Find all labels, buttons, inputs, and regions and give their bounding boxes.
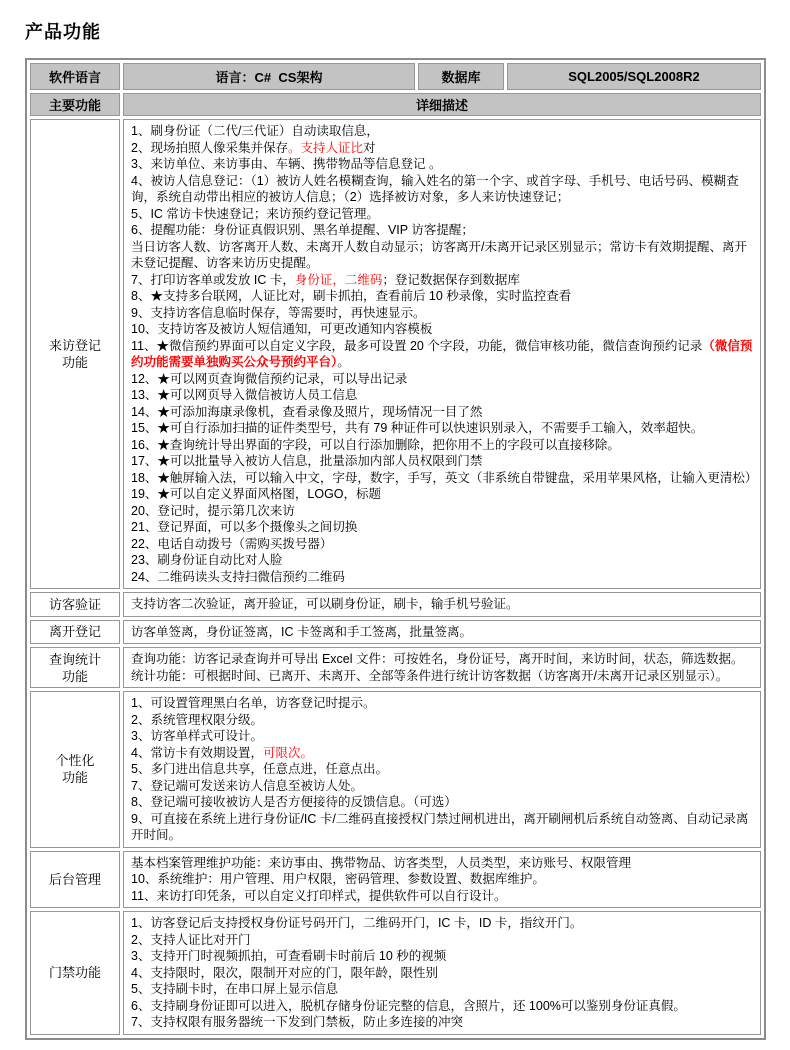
text-segment: 当日访客人数、访客离开人数、未离开人数自动显示；访客离开/未离开记录区别显示；常… xyxy=(131,240,747,271)
feature-line: 16、★查询统计导出界面的字段，可以自行添加删除，把你用不上的字段可以直接移除。 xyxy=(131,437,753,454)
text-segment: 。 xyxy=(337,355,350,369)
feature-line: 21、登记界面，可以多个摄像头之间切换 xyxy=(131,519,753,536)
feature-line: 6、支持刷身份证即可以进入，脱机存储身份证完整的信息，含照片，还 100%可以鉴… xyxy=(131,998,753,1015)
feature-line: 4、支持限时，限次，限制开对应的门，限年龄，限性别 xyxy=(131,965,753,982)
text-segment: 10、支持访客及被访人短信通知，可更改通知内容模板 xyxy=(131,322,432,336)
table-row: 个性化功能1、可设置管理黑白名单，访客登记时提示。2、系统管理权限分级。3、访客… xyxy=(30,691,761,848)
feature-line: 13、★可以网页导入微信被访人员工信息 xyxy=(131,387,753,404)
text-segment: 2、支持人证比对开门 xyxy=(131,933,250,947)
feature-line: 2、系统管理权限分级。 xyxy=(131,712,753,729)
subheader-detail-description: 详细描述 xyxy=(123,93,761,116)
section-label: 查询统计 xyxy=(33,651,117,668)
section-content-cell: 1、刷身份证（二代/三代证）自动读取信息，2、现场拍照人像采集并保存。支持人证比… xyxy=(123,119,761,589)
feature-line: 14、★可添加海康录像机，查看录像及照片，现场情况一目了然 xyxy=(131,404,753,421)
text-segment: 23、刷身份证自动比对人脸 xyxy=(131,553,282,567)
text-segment: 18、★触屏输入法，可以输入中文，字母，数字，手写，英文（非系统自带键盘，采用苹… xyxy=(131,471,757,485)
text-segment: 4、支持限时，限次，限制开对应的门，限年龄，限性别 xyxy=(131,966,438,980)
text-segment: 支持访客二次验证，离开验证，可以刷身份证，刷卡，输手机号验证。 xyxy=(131,597,519,611)
text-segment: 20、登记时，提示第几次来访 xyxy=(131,504,295,518)
text-segment: 5、多门进出信息共享，任意点进，任意点出。 xyxy=(131,762,388,776)
feature-line: 15、★可自行添加扫描的证件类型号，共有 79 种证件可以快速识别录入，不需要手… xyxy=(131,420,753,437)
text-segment: 16、★查询统计导出界面的字段，可以自行添加删除，把你用不上的字段可以直接移除。 xyxy=(131,438,620,452)
feature-line: 11、★微信预约界面可以自定义字段，最多可设置 20 个字段，功能，微信审核功能… xyxy=(131,338,753,371)
text-segment: 4、被访人信息登记：（1）被访人姓名模糊查询，输入姓名的第一个字、或首字母、手机… xyxy=(131,174,739,205)
text-segment: 13、★可以网页导入微信被访人员工信息 xyxy=(131,388,357,402)
subheader-main-features: 主要功能 xyxy=(30,93,120,116)
text-segment: 3、访客单样式可设计。 xyxy=(131,729,263,743)
feature-line: 11、来访打印凭条，可以自定义打印样式，提供软件可以自行设计。 xyxy=(131,888,753,905)
text-segment: 24、二维码读头支持扫微信预约二维码 xyxy=(131,570,345,584)
section-content-cell: 1、可设置管理黑白名单，访客登记时提示。2、系统管理权限分级。3、访客单样式可设… xyxy=(123,691,761,848)
text-segment: 17、★可以批量导入被访人信息，批量添加内部人员权限到门禁 xyxy=(131,454,482,468)
header-cell-language-value: 语言：C# CS架构 xyxy=(123,63,415,90)
feature-line: 2、支持人证比对开门 xyxy=(131,932,753,949)
text-segment: 21、登记界面，可以多个摄像头之间切换 xyxy=(131,520,357,534)
text-segment: 5、支持刷卡时，在串口屏上显示信息 xyxy=(131,982,338,996)
feature-line: 12、★可以网页查询微信预约记录，可以导出记录 xyxy=(131,371,753,388)
section-label-cell: 来访登记功能 xyxy=(30,119,120,589)
section-label: 离开登记 xyxy=(33,623,117,640)
table-row: 离开登记访客单签离，身份证签离，IC 卡签离和手工签离，批量签离。 xyxy=(30,620,761,645)
feature-line: 3、支持开门时视频抓拍，可查看刷卡时前后 10 秒的视频 xyxy=(131,948,753,965)
feature-line: 5、支持刷卡时，在串口屏上显示信息 xyxy=(131,981,753,998)
feature-line: 3、访客单样式可设计。 xyxy=(131,728,753,745)
feature-line: 5、多门进出信息共享，任意点进，任意点出。 xyxy=(131,761,753,778)
feature-line: 支持访客二次验证，离开验证，可以刷身份证，刷卡，输手机号验证。 xyxy=(131,596,753,613)
feature-line: 22、电话自动拨号（需购买拨号器） xyxy=(131,536,753,553)
feature-line: 23、刷身份证自动比对人脸 xyxy=(131,552,753,569)
text-segment: 查询功能：访客记录查询并可导出 Excel 文件：可按姓名，身份证号，离开时间，… xyxy=(131,652,744,666)
text-segment: 15、★可自行添加扫描的证件类型号，共有 79 种证件可以快速识别录入，不需要手… xyxy=(131,421,703,435)
table-row: 后台管理基本档案管理维护功能：来访事由、携带物品、访客类型，人员类型，来访账号、… xyxy=(30,851,761,909)
feature-line: 4、常访卡有效期设置，可限次。 xyxy=(131,745,753,762)
text-segment: 2、系统管理权限分级。 xyxy=(131,713,263,727)
text-segment: 9、支持访客信息临时保存，等需要时，再快速显示。 xyxy=(131,306,425,320)
feature-line: 当日访客人数、访客离开人数、未离开人数自动显示；访客离开/未离开记录区别显示；常… xyxy=(131,239,753,272)
text-segment: 22、电话自动拨号（需购买拨号器） xyxy=(131,537,332,551)
feature-line: 1、可设置管理黑白名单，访客登记时提示。 xyxy=(131,695,753,712)
text-segment: 3、来访单位、来访事由、车辆、携带物品等信息登记 。 xyxy=(131,157,441,171)
table-row: 门禁功能1、访客登记后支持授权身份证号码开门，二维码开门，IC 卡，ID 卡，指… xyxy=(30,911,761,1035)
text-segment: ；登记数据保存到数据库 xyxy=(382,273,520,287)
text-segment: 10、系统维护：用户管理、用户权限，密码管理、参数设置、数据库维护。 xyxy=(131,872,545,886)
text-segment: 3、支持开门时视频抓拍，可查看刷卡时前后 10 秒的视频 xyxy=(131,949,446,963)
feature-line: 10、系统维护：用户管理、用户权限，密码管理、参数设置、数据库维护。 xyxy=(131,871,753,888)
feature-line: 2、现场拍照人像采集并保存。支持人证比对 xyxy=(131,140,753,157)
header-cell-database-value: SQL2005/SQL2008R2 xyxy=(507,63,761,90)
feature-line: 访客单签离，身份证签离，IC 卡签离和手工签离，批量签离。 xyxy=(131,624,753,641)
text-segment: 7、打印访客单或发放 IC 卡， xyxy=(131,273,295,287)
feature-line: 7、登记端可发送来访人信息至被访人处。 xyxy=(131,778,753,795)
text-segment: 访客单签离，身份证签离，IC 卡签离和手工签离，批量签离。 xyxy=(131,625,472,639)
text-segment: 8、登记端可接收被访人是否方便接待的反馈信息。（可选） xyxy=(131,795,457,809)
table-subheader-row: 主要功能 详细描述 xyxy=(30,93,761,116)
feature-line: 8、登记端可接收被访人是否方便接待的反馈信息。（可选） xyxy=(131,794,753,811)
section-label: 功能 xyxy=(33,668,117,685)
section-content-cell: 1、访客登记后支持授权身份证号码开门，二维码开门，IC 卡，ID 卡，指纹开门。… xyxy=(123,911,761,1035)
section-label: 访客验证 xyxy=(33,596,117,613)
table-row: 访客验证支持访客二次验证，离开验证，可以刷身份证，刷卡，输手机号验证。 xyxy=(30,592,761,617)
table-row: 来访登记功能1、刷身份证（二代/三代证）自动读取信息，2、现场拍照人像采集并保存… xyxy=(30,119,761,589)
text-segment: 7、支持权限有服务器统一下发到门禁板，防止多连接的冲突 xyxy=(131,1015,463,1029)
text-segment: 12、★可以网页查询微信预约记录，可以导出记录 xyxy=(131,372,407,386)
text-segment: 9、可直接在系统上进行身份证/IC 卡/二维码直接授权门禁过闸机进出，离开刷闸机… xyxy=(131,812,748,843)
page: 产品功能 软件语言 语言：C# CS架构 数据库 SQL2005/SQL2008… xyxy=(0,0,790,1050)
text-segment: 11、来访打印凭条，可以自定义打印样式，提供软件可以自行设计。 xyxy=(131,889,506,903)
section-label: 个性化 xyxy=(33,752,117,769)
text-segment: 4、常访卡有效期设置， xyxy=(131,746,263,760)
section-label-cell: 查询统计功能 xyxy=(30,647,120,688)
text-segment: 基本档案管理维护功能：来访事由、携带物品、访客类型，人员类型，来访账号、权限管理 xyxy=(131,856,631,870)
text-segment: 。支持人证比 xyxy=(288,141,363,155)
feature-line: 5、IC 常访卡快速登记；来访预约登记管理。 xyxy=(131,206,753,223)
section-label-cell: 后台管理 xyxy=(30,851,120,909)
feature-line: 1、刷身份证（二代/三代证）自动读取信息， xyxy=(131,123,753,140)
text-segment: 7、登记端可发送来访人信息至被访人处。 xyxy=(131,779,363,793)
text-segment: 11、★微信预约界面可以自定义字段，最多可设置 20 个字段，功能，微信审核功能… xyxy=(131,339,702,353)
section-label-cell: 离开登记 xyxy=(30,620,120,645)
header-cell-software-language: 软件语言 xyxy=(30,63,120,90)
header-cell-database: 数据库 xyxy=(418,63,504,90)
feature-line: 9、支持访客信息临时保存，等需要时，再快速显示。 xyxy=(131,305,753,322)
text-segment: 可限次。 xyxy=(263,746,313,760)
section-label-cell: 个性化功能 xyxy=(30,691,120,848)
text-segment: 5、IC 常访卡快速登记；来访预约登记管理。 xyxy=(131,207,379,221)
feature-line: 7、支持权限有服务器统一下发到门禁板，防止多连接的冲突 xyxy=(131,1014,753,1031)
table-row: 查询统计功能查询功能：访客记录查询并可导出 Excel 文件：可按姓名，身份证号… xyxy=(30,647,761,688)
section-content-cell: 支持访客二次验证，离开验证，可以刷身份证，刷卡，输手机号验证。 xyxy=(123,592,761,617)
section-label: 来访登记 xyxy=(33,337,117,354)
section-label-cell: 访客验证 xyxy=(30,592,120,617)
feature-line: 1、访客登记后支持授权身份证号码开门，二维码开门，IC 卡，ID 卡，指纹开门。 xyxy=(131,915,753,932)
feature-line: 6、提醒功能：身份证真假识别、黑名单提醒、VIP 访客提醒； xyxy=(131,222,753,239)
feature-line: 基本档案管理维护功能：来访事由、携带物品、访客类型，人员类型，来访账号、权限管理 xyxy=(131,855,753,872)
feature-line: 8、★支持多台联网，人证比对，刷卡抓拍，查看前后 10 秒录像，实时监控查看 xyxy=(131,288,753,305)
feature-line: 10、支持访客及被访人短信通知，可更改通知内容模板 xyxy=(131,321,753,338)
feature-line: 3、来访单位、来访事由、车辆、携带物品等信息登记 。 xyxy=(131,156,753,173)
feature-line: 查询功能：访客记录查询并可导出 Excel 文件：可按姓名，身份证号，离开时间，… xyxy=(131,651,753,668)
section-content-cell: 访客单签离，身份证签离，IC 卡签离和手工签离，批量签离。 xyxy=(123,620,761,645)
text-segment: 19、★可以自定义界面风格图，LOGO，标题 xyxy=(131,487,381,501)
section-label: 门禁功能 xyxy=(33,964,117,981)
text-segment: 14、★可添加海康录像机，查看录像及照片，现场情况一目了然 xyxy=(131,405,482,419)
feature-line: 19、★可以自定义界面风格图，LOGO，标题 xyxy=(131,486,753,503)
page-title: 产品功能 xyxy=(25,18,765,44)
text-segment: 1、刷身份证（二代/三代证）自动读取信息， xyxy=(131,124,379,138)
table-header-row: 软件语言 语言：C# CS架构 数据库 SQL2005/SQL2008R2 xyxy=(30,63,761,90)
feature-line: 18、★触屏输入法，可以输入中文，字母，数字，手写，英文（非系统自带键盘，采用苹… xyxy=(131,470,753,487)
text-segment: 2、现场拍照人像采集并保存 xyxy=(131,141,288,155)
feature-line: 7、打印访客单或发放 IC 卡，身份证，二维码；登记数据保存到数据库 xyxy=(131,272,753,289)
text-segment: 统计功能：可根据时间、已离开、未离开、全部等条件进行统计访客数据（访客离开/未离… xyxy=(131,669,728,683)
text-segment: 8、★支持多台联网，人证比对，刷卡抓拍，查看前后 10 秒录像，实时监控查看 xyxy=(131,289,571,303)
text-segment: 对 xyxy=(363,141,376,155)
feature-line: 20、登记时，提示第几次来访 xyxy=(131,503,753,520)
section-content-cell: 基本档案管理维护功能：来访事由、携带物品、访客类型，人员类型，来访账号、权限管理… xyxy=(123,851,761,909)
section-label-cell: 门禁功能 xyxy=(30,911,120,1035)
section-label: 功能 xyxy=(33,769,117,786)
text-segment: 1、可设置管理黑白名单，访客登记时提示。 xyxy=(131,696,375,710)
section-label: 功能 xyxy=(33,354,117,371)
text-segment: 身份证，二维码 xyxy=(295,273,383,287)
feature-line: 17、★可以批量导入被访人信息，批量添加内部人员权限到门禁 xyxy=(131,453,753,470)
section-content-cell: 查询功能：访客记录查询并可导出 Excel 文件：可按姓名，身份证号，离开时间，… xyxy=(123,647,761,688)
feature-line: 9、可直接在系统上进行身份证/IC 卡/二维码直接授权门禁过闸机进出，离开刷闸机… xyxy=(131,811,753,844)
section-label: 后台管理 xyxy=(33,871,117,888)
product-feature-table: 软件语言 语言：C# CS架构 数据库 SQL2005/SQL2008R2 主要… xyxy=(25,58,766,1040)
text-segment: 6、支持刷身份证即可以进入，脱机存储身份证完整的信息，含照片，还 100%可以鉴… xyxy=(131,999,686,1013)
feature-line: 4、被访人信息登记：（1）被访人姓名模糊查询，输入姓名的第一个字、或首字母、手机… xyxy=(131,173,753,206)
text-segment: 1、访客登记后支持授权身份证号码开门，二维码开门，IC 卡，ID 卡，指纹开门。 xyxy=(131,916,582,930)
feature-line: 统计功能：可根据时间、已离开、未离开、全部等条件进行统计访客数据（访客离开/未离… xyxy=(131,668,753,685)
feature-line: 24、二维码读头支持扫微信预约二维码 xyxy=(131,569,753,586)
text-segment: 6、提醒功能：身份证真假识别、黑名单提醒、VIP 访客提醒； xyxy=(131,223,474,237)
